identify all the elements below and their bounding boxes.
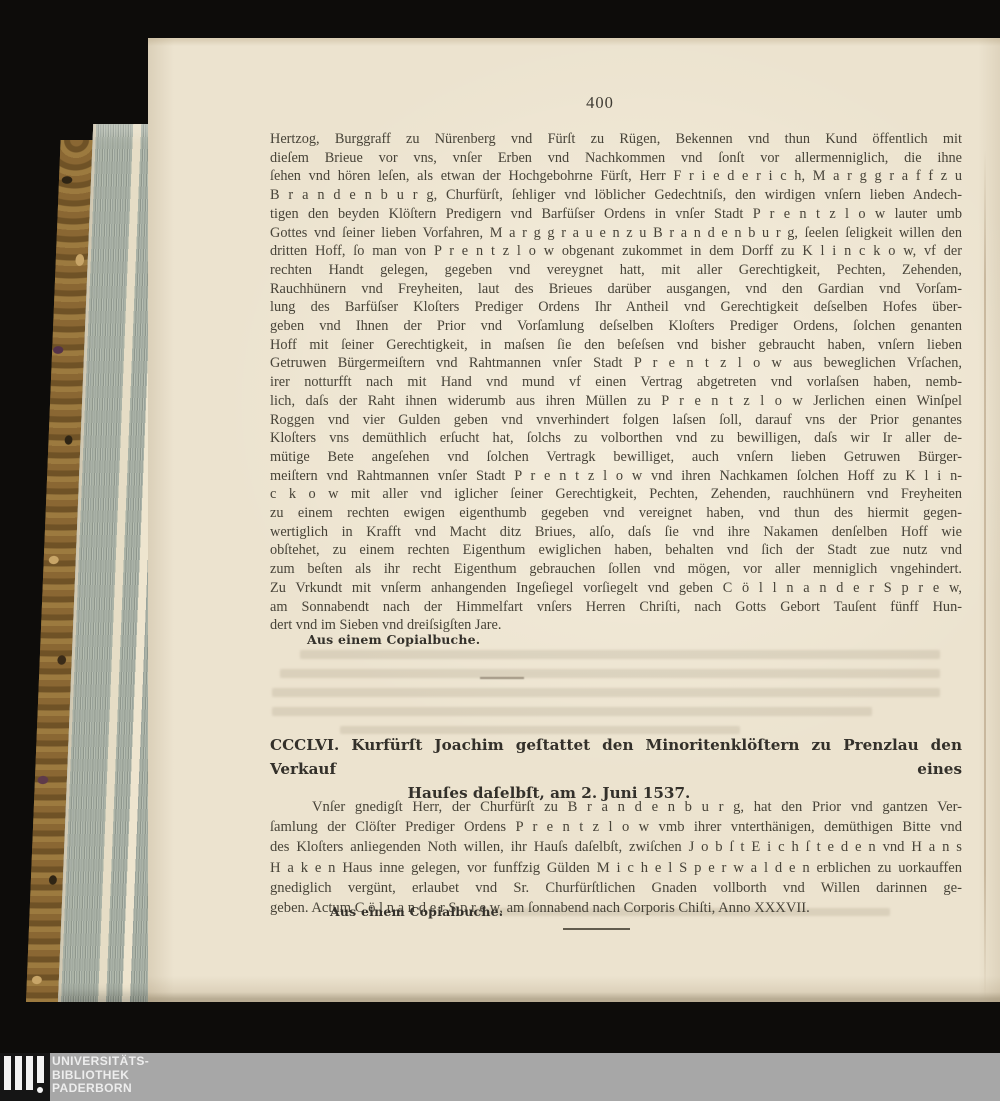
source-note-2: Aus einem Copialbuche. bbox=[330, 904, 503, 919]
text-line: mütige Bete angeſehen vnd ſolchen Vertra… bbox=[270, 448, 962, 467]
text-line: wertiglich in Krafft vnd Macht ditz Briu… bbox=[270, 523, 962, 542]
text-line: H a k e n Haus inne gelegen, vor funffzi… bbox=[270, 858, 962, 878]
text-line: Zu Vrkundt mit vnſerm anhangenden Ingeſi… bbox=[270, 579, 962, 598]
text-line: Vnſer gnedigſt Herr, der Churfürſt zu B … bbox=[270, 797, 962, 817]
library-banner: UNIVERSITÄTS-BIBLIOTHEKPADERBORN bbox=[0, 1053, 1000, 1101]
text-line: Rauchhünern vnd Freyheiten, laut des Bri… bbox=[270, 280, 962, 299]
logo-dot bbox=[37, 1087, 43, 1093]
show-through-smudge bbox=[272, 707, 872, 716]
text-line: gnediglich vergünt, erlaubet vnd Sr. Chu… bbox=[270, 878, 962, 898]
text-line: c k o w mit aller vnd iglicher ſeiner Ge… bbox=[270, 485, 962, 504]
text-line: Kloſters vns demüthlich erſucht hat, ſol… bbox=[270, 429, 962, 448]
text-line: meiſtern vnd Rahtmannen vnſer Stadt P r … bbox=[270, 467, 962, 486]
text-line: zu einem rechten ewigen eigenthumb gegeb… bbox=[270, 504, 962, 523]
text-line: ſamlung der Clöſter Prediger Ordens P r … bbox=[270, 817, 962, 837]
library-name-line: UNIVERSITÄTS- bbox=[52, 1055, 149, 1069]
page-crease-line bbox=[984, 150, 986, 1000]
logo-bar bbox=[15, 1056, 22, 1090]
text-line: Getruwen Bürgermeiſtern vnd Rahtmannen v… bbox=[270, 354, 962, 373]
text-line: Hoff mit ſeiner Gerechtigkeit, in maſsen… bbox=[270, 336, 962, 355]
text-line: dritten Hoff, ſo man von P r e n t z l o… bbox=[270, 242, 962, 261]
page-number: 400 bbox=[540, 93, 660, 113]
entry-heading-line1: CCCLVI. Kurfürſt Joachim geſtattet den M… bbox=[270, 733, 962, 781]
entry-separator-rule bbox=[563, 928, 630, 930]
logo-bar bbox=[4, 1056, 11, 1090]
scanned-book-photo: { "page": { "number": "400", "paragraph1… bbox=[0, 0, 1000, 1101]
paragraph-main: Hertzog, Burggraff zu Nürenberg vnd Fürſ… bbox=[270, 130, 962, 635]
text-line: geben vnd Ihnen der Prior vnd Vorſamlung… bbox=[270, 317, 962, 336]
text-line: dieſem Brieue vor vns, vnſer Erben vnd N… bbox=[270, 149, 962, 168]
logo-bar bbox=[26, 1056, 33, 1090]
text-line: am Sonnabendt nach der Himmelfart vnſers… bbox=[270, 598, 962, 617]
show-through-smudge bbox=[272, 688, 940, 697]
library-name: UNIVERSITÄTS-BIBLIOTHEKPADERBORN bbox=[52, 1055, 149, 1096]
text-line: irer notturfft nach mit Hand vnd mund vf… bbox=[270, 373, 962, 392]
show-through-smudge bbox=[280, 669, 940, 678]
text-line: ſehen vnd hören leſen, als etwan der Hoc… bbox=[270, 167, 962, 186]
text-line: tigen den beyden Klöſtern Predigern vnd … bbox=[270, 205, 962, 224]
paragraph-entry: Vnſer gnedigſt Herr, der Churfürſt zu B … bbox=[270, 797, 962, 918]
text-line: des Kloſters anliegenden Noth willen, ih… bbox=[270, 837, 962, 857]
text-line: Roggen vnd vier Gulden geben vnd vnverhi… bbox=[270, 411, 962, 430]
source-note-1: Aus einem Copialbuche. bbox=[307, 632, 480, 647]
entry-heading: CCCLVI. Kurfürſt Joachim geſtattet den M… bbox=[270, 733, 962, 805]
text-line: lich, daſs der Raht ihnen widerumb aus i… bbox=[270, 392, 962, 411]
library-logo-icon bbox=[0, 1053, 50, 1101]
text-line: Hertzog, Burggraff zu Nürenberg vnd Fürſ… bbox=[270, 130, 962, 149]
library-name-line: BIBLIOTHEK bbox=[52, 1069, 149, 1083]
text-line: obſtehet, zu einem rechten Eigenthum ewi… bbox=[270, 541, 962, 560]
logo-bar bbox=[37, 1056, 44, 1083]
show-through-smudge bbox=[300, 650, 940, 659]
text-line: zum beſten als ihr recht Eigenthum gebra… bbox=[270, 560, 962, 579]
text-line: lung des Barfüſser Kloſters Prediger Ord… bbox=[270, 298, 962, 317]
library-name-line: PADERBORN bbox=[52, 1082, 149, 1096]
text-line: B r a n d e n b u r g, Churfürſt, ſehlig… bbox=[270, 186, 962, 205]
text-line: rechten Handt gelegen, gegeben vnd verey… bbox=[270, 261, 962, 280]
text-line: Gottes vnd ſeiner lieben Vorfahren, M a … bbox=[270, 224, 962, 243]
